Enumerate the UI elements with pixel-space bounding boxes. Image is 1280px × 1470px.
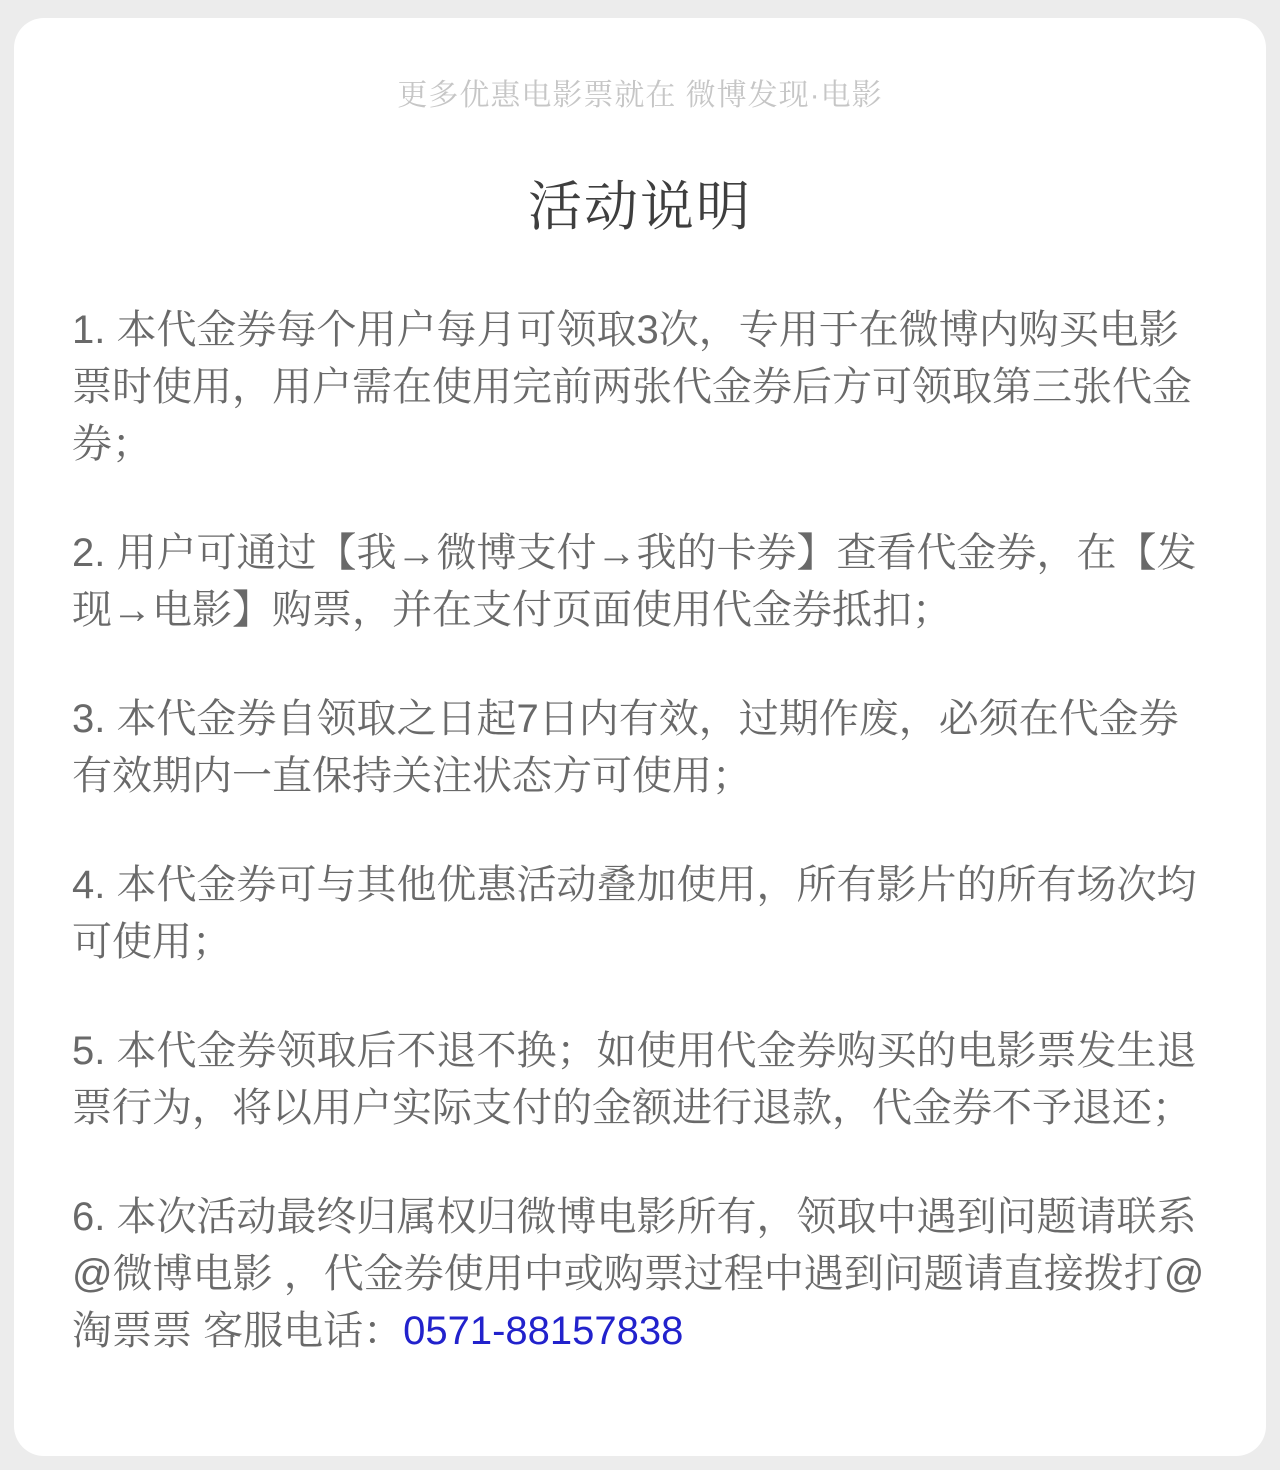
term-item: 5. 本代金券领取后不退不换；如使用代金券购买的电影票发生退票行为，将以用户实际… — [72, 1023, 1208, 1137]
activity-terms-card: 更多优惠电影票就在 微博发现·电影 活动说明 1. 本代金券每个用户每月可领取3… — [14, 18, 1266, 1456]
term-item: 2. 用户可通过【我→微博支付→我的卡券】查看代金券，在【发现→电影】购票，并在… — [72, 525, 1208, 639]
terms-list: 1. 本代金券每个用户每月可领取3次，专用于在微博内购买电影票时使用，用户需在使… — [72, 302, 1208, 1360]
promo-banner-text: 更多优惠电影票就在 微博发现·电影 — [72, 78, 1208, 114]
term-item: 1. 本代金券每个用户每月可领取3次，专用于在微博内购买电影票时使用，用户需在使… — [72, 302, 1208, 473]
customer-service-phone-link[interactable]: 0571-88157838 — [403, 1309, 683, 1353]
term-text: 3. 本代金券自领取之日起7日内有效，过期作废，必须在代金券有效期内一直保持关注… — [72, 697, 1179, 798]
page-background: 更多优惠电影票就在 微博发现·电影 活动说明 1. 本代金券每个用户每月可领取3… — [0, 0, 1280, 1470]
term-item: 3. 本代金券自领取之日起7日内有效，过期作废，必须在代金券有效期内一直保持关注… — [72, 691, 1208, 805]
term-text: 4. 本代金券可与其他优惠活动叠加使用，所有影片的所有场次均可使用； — [72, 863, 1196, 964]
term-item: 6. 本次活动最终归属权归微博电影所有，领取中遇到问题请联系@微博电影 ，代金券… — [72, 1189, 1208, 1360]
page-title: 活动说明 — [72, 176, 1208, 238]
term-text: 2. 用户可通过【我→微博支付→我的卡券】查看代金券，在【发现→电影】购票，并在… — [72, 531, 1196, 632]
term-item: 4. 本代金券可与其他优惠活动叠加使用，所有影片的所有场次均可使用； — [72, 857, 1208, 971]
term-text: 1. 本代金券每个用户每月可领取3次，专用于在微博内购买电影票时使用，用户需在使… — [72, 308, 1192, 466]
term-text: 5. 本代金券领取后不退不换；如使用代金券购买的电影票发生退票行为，将以用户实际… — [72, 1029, 1196, 1130]
